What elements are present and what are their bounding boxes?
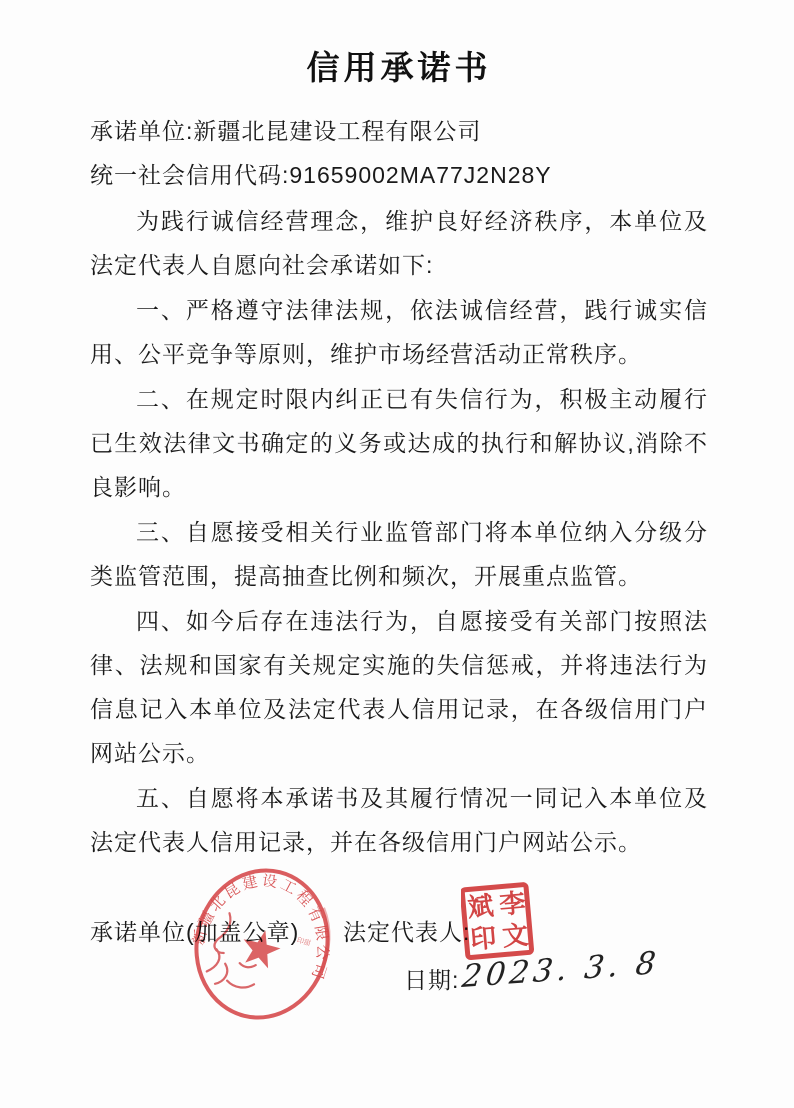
svg-text:新疆北昆建设工程有限公司: 新疆北昆建设工程有限公司 (189, 864, 335, 984)
commitment-item-1: 一、严格遵守法律法规，依法诚信经营，践行诚实信用、公平竞争等原则，维护市场经营活… (90, 288, 708, 376)
name-seal-char-tr: 李 (498, 889, 526, 920)
commitment-item-2: 二、在规定时限内纠正已有失信行为，积极主动履行已生效法律文书确定的义务或达成的执… (90, 377, 708, 509)
document-body: 信用承诺书 承诺单位:新疆北昆建设工程有限公司 统一社会信用代码:9165900… (0, 46, 794, 864)
credit-code-label: 统一社会信用代码: (90, 162, 289, 188)
unit-value: 新疆北昆建设工程有限公司 (193, 118, 481, 144)
company-round-seal-icon: 新疆北昆建设工程有限公司 印甜 (189, 864, 335, 1024)
legal-rep-name-seal-icon: 斌 李 印 文 (461, 882, 535, 962)
company-seal-arc-text: 新疆北昆建设工程有限公司 (189, 864, 335, 984)
scanned-document-page: 信用承诺书 承诺单位:新疆北昆建设工程有限公司 统一社会信用代码:9165900… (0, 0, 794, 1108)
commitment-item-4: 四、如今后存在违法行为，自愿接受有关部门按照法律、法规和国家有关规定实施的失信惩… (90, 599, 708, 775)
star-icon (238, 926, 284, 970)
legal-representative-label: 法定代表人: (343, 916, 470, 948)
commitment-item-3: 三、自愿接受相关行业监管部门将本单位纳入分级分类监管范围，提高抽查比例和频次，开… (90, 510, 708, 598)
unit-label: 承诺单位: (90, 118, 193, 144)
date-label: 日期: (404, 964, 459, 996)
seal-registration-mark: 印甜 (296, 935, 312, 947)
unit-line: 承诺单位:新疆北昆建设工程有限公司 (90, 109, 708, 153)
name-seal-char-br: 文 (501, 920, 529, 951)
credit-code-value: 91659002MA77J2N28Y (289, 162, 551, 188)
intro-paragraph: 为践行诚信经营理念，维护良好经济秩序，本单位及法定代表人自愿向社会承诺如下: (90, 199, 708, 287)
name-seal-char-tl: 斌 (466, 891, 495, 922)
name-seal-char-bl: 印 (469, 923, 497, 954)
document-title: 信用承诺书 (90, 46, 708, 90)
credit-code-line: 统一社会信用代码:91659002MA77J2N28Y (90, 153, 708, 197)
commitment-item-5: 五、自愿将本承诺书及其履行情况一同记入本单位及法定代表人信用记录，并在各级信用门… (90, 776, 708, 864)
signature-section: 承诺单位(加盖公章) 法定代表人: 日期: 2023. 3. 8 新疆北昆建设工… (0, 856, 794, 1108)
